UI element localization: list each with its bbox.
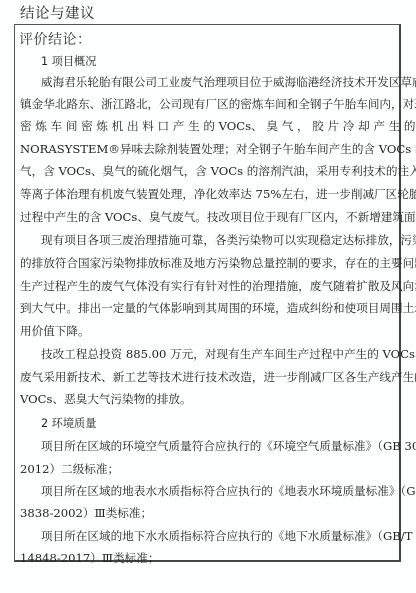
paragraph-line: 3838-2002）Ⅲ类标准；: [20, 505, 396, 521]
paragraph-line: 项目所在区域的地表水水质指标符合应执行的《地表水环境质量标准》（GB: [41, 483, 396, 499]
paragraph-line: 项目所在区域的地下水水质指标符合应执行的《地下水质量标准》（GB/T: [41, 528, 396, 544]
paragraph-line: 气，含 VOCs、臭气的硫化烟气，含 VOCs 的溶剂汽油，采用专利技术的注入式…: [20, 163, 396, 179]
section-heading: 2 环境质量: [41, 416, 416, 432]
paragraph-line: 2012）二级标准；: [20, 461, 396, 477]
document-page: 结论与建议 评价结论： 1 项目概况 威海君乐轮胎有限公司工业废气治理项目位于威…: [0, 0, 416, 593]
paragraph-line: 14848-2017）Ⅲ类标准；: [20, 550, 396, 566]
paragraph-line: 镇金华北路东、浙江路北，公司现有厂区的密炼车间和全钢子午胎车间内，对现有: [20, 96, 396, 112]
paragraph-line: VOCs、恶臭大气污染物的排放。: [20, 391, 396, 407]
paragraph-line: 等离子体治理有机废气装置处理，净化效率达 75%左右，进一步削减厂区轮胎制造: [20, 186, 396, 202]
section-heading: 1 项目概况: [41, 54, 416, 70]
paragraph-line: 废气采用新技术、新工艺等技术进行技术改造，进一步削减厂区各生产线产生的: [20, 369, 396, 385]
paragraph-line: 到大气中。排出一定量的气体影响到其周围的环境，造成纠纷和使项目周围土地使: [20, 300, 396, 316]
paragraph-line: 的排放符合国家污染物排放标准及地方污染物总量控制的要求，存在的主要问题是: [20, 255, 396, 271]
paragraph-line: 项目所在区域的环境空气质量符合应执行的《环境空气质量标准》（GB 3095-: [41, 438, 396, 454]
paragraph-line: 技改工程总投资 885.00 万元，对现有生产车间生产过程中产生的 VOCs、恶…: [41, 346, 396, 362]
box-title: 评价结论：: [19, 31, 92, 49]
paragraph-line: NORASYSTEM®异味去除剂装置处理；对全钢子午胎车间产生的含 VOCs 的…: [20, 141, 396, 157]
paragraph-line: 用价值下降。: [20, 323, 396, 339]
paragraph-line: 威海君乐轮胎有限公司工业废气治理项目位于威海临港经济技术开发区草庙子: [41, 74, 396, 90]
section-title: 结论与建议: [20, 5, 95, 23]
paragraph-line: 过程中产生的含 VOCs、臭气废气。技改项目位于现有厂区内，不新增建筑面积。: [20, 209, 396, 225]
paragraph-line: 密 炼 车 间 密 炼 机 出 料 口 产 生 的 VOCs、 臭 气 ， 胶 …: [20, 118, 396, 134]
paragraph-line: 现有项目各项三废治理措施可靠，各类污染物可以实现稳定达标排放，污染物: [41, 232, 396, 248]
paragraph-line: 生产过程产生的废气气体没有实行有针对性的治理措施，废气随着扩散及风向溢散: [20, 278, 396, 294]
